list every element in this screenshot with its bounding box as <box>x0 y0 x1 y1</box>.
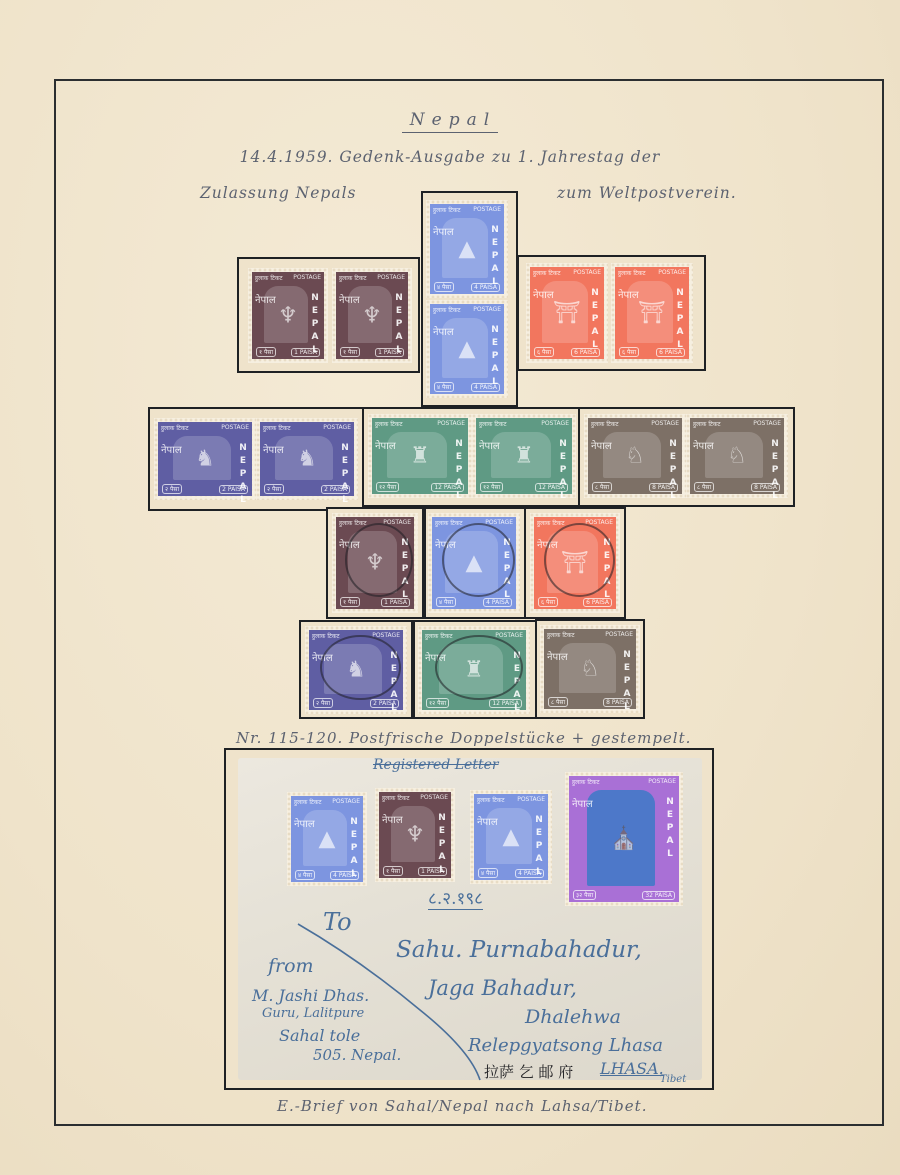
stamp-value: 8 PAISA <box>751 483 780 492</box>
stamp-country-devanagari: नेपाल <box>477 816 487 830</box>
stamp-8-paisa: हुलाक टिकटPOSTAGENEPALनेपाल♘८ पैसा8 PAIS… <box>584 414 686 498</box>
stamp-2-paisa: हुलाक टिकटPOSTAGENEPALनेपाल♞२ पैसा2 PAIS… <box>154 418 256 500</box>
stamp-country: NEPAL <box>675 287 685 352</box>
stamp-value: 4 PAISA <box>515 869 544 878</box>
stamp-header: हुलाक टिकटPOSTAGE <box>591 420 679 429</box>
stamp-local-value: १२ पैसा <box>376 482 399 492</box>
stamp-6-paisa: हुलाक टिकटPOSTAGENEPALनेपाल⛩६ पैसा6 PAIS… <box>530 513 620 613</box>
addressee-line-5: LHASA. <box>600 1059 664 1078</box>
stamp-12-paisa: हुलाक टिकटPOSTAGENEPALनेपाल♜१२ पैसा12 PA… <box>472 414 576 498</box>
stamp-face: हुलाक टिकटPOSTAGENEPALनेपाल♞२ पैसा2 PAIS… <box>260 422 354 496</box>
stamp-8-paisa: हुलाक टिकटPOSTAGENEPALनेपाल♘८ पैसा8 PAIS… <box>686 414 788 498</box>
stamp-local-value: ४ पैसा <box>478 868 498 878</box>
stamp-motif-icon: ♞ <box>297 447 317 472</box>
stamp-header: हुलाक टिकटPOSTAGE <box>294 798 360 807</box>
stamp-value: 8 PAISA <box>603 698 632 707</box>
stamp-country-devanagari: नेपाल <box>425 652 435 666</box>
stamp-country: NEPAL <box>340 442 350 507</box>
stamp-country: NEPAL <box>590 287 600 352</box>
stamp-local-value: ६ पैसा <box>619 347 639 357</box>
stamp-header: हुलाक टिकटPOSTAGE <box>161 424 249 433</box>
stamp-motif-icon: ▲ <box>503 825 520 850</box>
stamp-header: हुलाक टिकटPOSTAGE <box>547 631 633 640</box>
stamp-8-paisa: हुलाक टिकटPOSTAGENEPALनेपाल♘८ पैसा8 PAIS… <box>540 625 640 713</box>
stamp-header: हुलाक टिकटPOSTAGE <box>479 420 569 429</box>
stamp-local-value: १ पैसा <box>340 347 360 357</box>
stamp-local-value: ४ पैसा <box>436 597 456 607</box>
stamp-header: हुलाक टिकटPOSTAGE <box>255 274 321 283</box>
stamp-4-paisa: हुलाक टिकटPOSTAGENEPALनेपाल▲४ पैसा4 PAIS… <box>428 513 520 613</box>
stamp-local-value: १२ पैसा <box>426 698 449 708</box>
stamp-face: हुलाक टिकटPOSTAGENEPALनेपाल♆१ पैसा1 PAIS… <box>252 272 324 359</box>
stamp-value: 6 PAISA <box>571 348 600 357</box>
stamp-country-devanagari: नेपाल <box>382 814 392 828</box>
stamp-value: 32 PAISA <box>642 891 675 900</box>
stamp-face: हुलाक टिकटPOSTAGENEPALनेपाल♘८ पैसा8 PAIS… <box>588 418 682 494</box>
stamp-motif-icon: ♆ <box>278 303 298 328</box>
stamp-local-value: ४ पैसा <box>434 282 454 292</box>
stamp-face: हुलाक टिकटPOSTAGENEPALनेपाल♆१ पैसा1 PAIS… <box>336 272 408 359</box>
stamp-country-devanagari: नेपाल <box>375 440 385 454</box>
stamp-country-devanagari: नेपाल <box>161 444 171 458</box>
stamp-value: 4 PAISA <box>471 383 500 392</box>
stamp-motif-icon: ⛩ <box>553 301 581 326</box>
registered-note: Registered Letter <box>373 757 499 773</box>
stamp-motif-icon: ♜ <box>514 444 534 469</box>
stamp-local-value: ८ पैसा <box>548 697 568 707</box>
postmark <box>345 523 414 597</box>
stamp-country: NEPAL <box>238 442 248 507</box>
stamp-header: हुलाक टिकटPOSTAGE <box>533 269 601 278</box>
cover-date: ८.२.१९८ <box>428 886 483 910</box>
stamp-motif-icon: ♘ <box>580 657 600 682</box>
stamp-header: हुलाक टिकटPOSTAGE <box>433 306 501 315</box>
to-label: To <box>323 908 352 936</box>
stamp-4-paisa: हुलाक टिकटPOSTAGENEPALनेपाल▲४ पैसा4 PAIS… <box>426 300 508 398</box>
stamp-value: 6 PAISA <box>583 598 612 607</box>
stamp-local-value: १ पैसा <box>383 866 403 876</box>
sender-line-4: 505. Nepal. <box>313 1046 401 1064</box>
stamp-local-value: ४ पैसा <box>295 870 315 880</box>
stamp-value: 12 PAISA <box>431 483 464 492</box>
stamp-1-paisa: हुलाक टिकटPOSTAGENEPALनेपाल♆१ पैसा1 PAIS… <box>375 788 455 882</box>
stamp-motif-icon: ♆ <box>405 823 425 848</box>
stamp-motif-icon: ♞ <box>195 447 215 472</box>
stamp-4-paisa: हुलाक टिकटPOSTAGENEPALनेपाल▲४ पैसा4 PAIS… <box>287 792 367 886</box>
from-label: from <box>268 955 314 977</box>
stamp-local-value: २ पैसा <box>162 484 182 494</box>
stamp-face: हुलाक टिकटPOSTAGENEPALनेपाल♆१ पैसा1 PAIS… <box>379 792 451 878</box>
stamp-country-devanagari: नेपाल <box>693 440 703 454</box>
stamp-value: 1 PAISA <box>375 348 404 357</box>
stamp-motif-icon: ♆ <box>362 303 382 328</box>
stamp-country-devanagari: नेपाल <box>572 798 582 812</box>
stamp-face: हुलाक टिकटPOSTAGENEPALनेपाल▲४ पैसा4 PAIS… <box>430 204 504 294</box>
stamp-local-value: १ पैसा <box>256 347 276 357</box>
stamp-6-paisa: हुलाक टिकटPOSTAGENEPALनेपाल⛩६ पैसा6 PAIS… <box>611 263 693 363</box>
stamp-motif-icon: ▲ <box>459 237 476 262</box>
stamp-face: हुलाक टिकटPOSTAGENEPALनेपाल♘८ पैसा8 PAIS… <box>544 629 636 709</box>
stamp-value: 4 PAISA <box>330 871 359 880</box>
stamp-country-devanagari: नेपाल <box>294 818 304 832</box>
stamp-motif-icon: ♘ <box>727 444 747 469</box>
stamp-motif-icon: ⛪ <box>610 827 637 852</box>
stamp-motif-icon: ⛩ <box>638 301 666 326</box>
stamp-value: 2 PAISA <box>219 485 248 494</box>
stamp-face: हुलाक टिकटPOSTAGENEPALनेपाल▲४ पैसा4 PAIS… <box>291 796 363 882</box>
stamp-face: हुलाक टिकटPOSTAGENEPALनेपाल▲४ पैसा4 PAIS… <box>430 304 504 394</box>
stamp-local-value: १२ पैसा <box>480 482 503 492</box>
stamp-12-paisa: हुलाक टिकटPOSTAGENEPALनेपाल♜१२ पैसा12 PA… <box>418 626 530 714</box>
stamp-header: हुलाक टिकटPOSTAGE <box>339 274 405 283</box>
stamp-country-devanagari: नेपाल <box>255 294 265 308</box>
stamp-32-paisa: हुलाक टिकटPOSTAGENEPALनेपाल⛪३२ पैसा32 PA… <box>565 772 683 906</box>
stamp-local-value: १ पैसा <box>340 597 360 607</box>
stamp-face: हुलाक टिकटPOSTAGENEPALनेपाल⛩६ पैसा6 PAIS… <box>615 267 689 359</box>
issue-description-left: Zulassung Nepals <box>200 184 356 202</box>
stamp-header: हुलाक टिकटPOSTAGE <box>618 269 686 278</box>
postmark <box>320 635 401 701</box>
stamp-local-value: ८ पैसा <box>694 482 714 492</box>
issue-description-right: zum Weltpostverein. <box>557 184 737 202</box>
stamp-country-devanagari: नेपाल <box>533 289 543 303</box>
stamp-1-paisa: हुलाक टिकटPOSTAGENEPALनेपाल♆१ पैसा1 PAIS… <box>332 268 412 363</box>
postmark <box>435 635 523 701</box>
stamp-6-paisa: हुलाक टिकटPOSTAGENEPALनेपाल⛩६ पैसा6 PAIS… <box>526 263 608 363</box>
stamp-country: NEPAL <box>665 796 675 861</box>
stamp-value: 1 PAISA <box>418 867 447 876</box>
stamp-local-value: ६ पैसा <box>538 597 558 607</box>
stamp-value: 4 PAISA <box>483 598 512 607</box>
chinese-address: 拉萨 乞 邮 府 <box>484 1061 573 1082</box>
stamp-country-devanagari: नेपाल <box>339 294 349 308</box>
stamp-motif-icon: ▲ <box>319 827 336 852</box>
stamp-country-devanagari: नेपाल <box>591 440 601 454</box>
stamp-country: NEPAL <box>454 438 464 503</box>
stamp-local-value: ४ पैसा <box>434 382 454 392</box>
stamp-local-value: ६ पैसा <box>534 347 554 357</box>
stamp-motif-icon: ♜ <box>410 444 430 469</box>
stamp-header: हुलाक टिकटPOSTAGE <box>693 420 781 429</box>
addressee-line-3: Dhalehwa <box>525 1006 621 1028</box>
addressee-line-1: Sahu. Purnabahadur, <box>396 937 642 963</box>
stamp-local-value: २ पैसा <box>313 698 333 708</box>
stamp-country: NEPAL <box>490 224 500 289</box>
stamp-value: 6 PAISA <box>656 348 685 357</box>
stamp-header: हुलाक टिकटPOSTAGE <box>572 778 676 787</box>
stamp-value: 2 PAISA <box>370 699 399 708</box>
stamp-motif-icon: ♘ <box>625 444 645 469</box>
stamp-face: हुलाक टिकटPOSTAGENEPALनेपाल⛪३२ पैसा32 PA… <box>569 776 679 902</box>
stamp-value: 1 PAISA <box>291 348 320 357</box>
stamp-face: हुलाक टिकटPOSTAGENEPALनेपाल♞२ पैसा2 PAIS… <box>158 422 252 496</box>
stamp-header: हुलाक टिकटPOSTAGE <box>263 424 351 433</box>
sender-line-3: Sahal tole <box>279 1026 360 1045</box>
stamp-country: NEPAL <box>490 324 500 389</box>
stamps-caption: Nr. 115-120. Postfrische Doppelstücke + … <box>236 729 691 747</box>
stamp-1-paisa: हुलाक टिकटPOSTAGENEPALनेपाल♆१ पैसा1 PAIS… <box>332 513 418 613</box>
album-page: Nepal 14.4.1959. Gedenk-Ausgabe zu 1. Ja… <box>0 0 900 1175</box>
stamp-value: 4 PAISA <box>471 283 500 292</box>
stamp-local-value: ३२ पैसा <box>573 890 596 900</box>
stamp-value: 1 PAISA <box>381 598 410 607</box>
issue-description: 14.4.1959. Gedenk-Ausgabe zu 1. Jahresta… <box>0 148 900 166</box>
stamp-2-paisa: हुलाक टिकटPOSTAGENEPALनेपाल♞२ पैसा2 PAIS… <box>305 626 407 714</box>
stamp-header: हुलाक टिकटPOSTAGE <box>433 206 501 215</box>
cover-caption: E.-Brief von Sahal/Nepal nach Lahsa/Tibe… <box>277 1097 647 1115</box>
stamp-value: 2 PAISA <box>321 485 350 494</box>
sender-line-2: Guru, Lalitpure <box>262 1006 364 1021</box>
page-title: Nepal <box>0 110 900 130</box>
stamp-value: 8 PAISA <box>649 483 678 492</box>
stamp-2-paisa: हुलाक टिकटPOSTAGENEPALनेपाल♞२ पैसा2 PAIS… <box>256 418 358 500</box>
stamp-motif-icon: ▲ <box>459 337 476 362</box>
stamp-face: हुलाक टिकटPOSTAGENEPALनेपाल▲४ पैसा4 PAIS… <box>474 794 548 880</box>
stamp-face: हुलाक टिकटPOSTAGENEPALनेपाल♘८ पैसा8 PAIS… <box>690 418 784 494</box>
postmark <box>442 523 515 597</box>
addressee-line-4: Relepgyatsong Lhasa <box>468 1035 663 1056</box>
stamp-face: हुलाक टिकटPOSTAGENEPALनेपाल♜१२ पैसा12 PA… <box>476 418 572 494</box>
stamp-country-devanagari: नेपाल <box>618 289 628 303</box>
sender-line-1: M. Jashi Dhas. <box>252 986 369 1005</box>
stamp-header: हुलाक टिकटPOSTAGE <box>477 796 545 805</box>
stamp-local-value: ८ पैसा <box>592 482 612 492</box>
addressee-line-2: Jaga Bahadur, <box>428 976 577 1000</box>
tibet-note: Tibet <box>660 1074 686 1085</box>
stamp-face: हुलाक टिकटPOSTAGENEPALनेपाल⛩६ पैसा6 PAIS… <box>530 267 604 359</box>
stamp-country-devanagari: नेपाल <box>263 444 273 458</box>
stamp-value: 12 PAISA <box>535 483 568 492</box>
stamp-country-devanagari: नेपाल <box>433 326 443 340</box>
stamp-4-paisa: हुलाक टिकटPOSTAGENEPALनेपाल▲४ पैसा4 PAIS… <box>426 200 508 298</box>
stamp-12-paisa: हुलाक टिकटPOSTAGENEPALनेपाल♜१२ पैसा12 PA… <box>368 414 472 498</box>
stamp-4-paisa: हुलाक टिकटPOSTAGENEPALनेपाल▲४ पैसा4 PAIS… <box>470 790 552 884</box>
stamp-country-devanagari: नेपाल <box>479 440 489 454</box>
stamp-header: हुलाक टिकटPOSTAGE <box>375 420 465 429</box>
stamp-country-devanagari: नेपाल <box>547 651 557 665</box>
stamp-face: हुलाक टिकटPOSTAGENEPALनेपाल♜१२ पैसा12 PA… <box>372 418 468 494</box>
stamp-country: NEPAL <box>558 438 568 503</box>
stamp-country: NEPAL <box>770 438 780 503</box>
stamp-country-devanagari: नेपाल <box>433 226 443 240</box>
stamp-country: NEPAL <box>668 438 678 503</box>
postmark <box>544 523 616 597</box>
stamp-local-value: २ पैसा <box>264 484 284 494</box>
stamp-value: 12 PAISA <box>489 699 522 708</box>
stamp-1-paisa: हुलाक टिकटPOSTAGENEPALनेपाल♆१ पैसा1 PAIS… <box>248 268 328 363</box>
stamp-header: हुलाक टिकटPOSTAGE <box>382 794 448 803</box>
